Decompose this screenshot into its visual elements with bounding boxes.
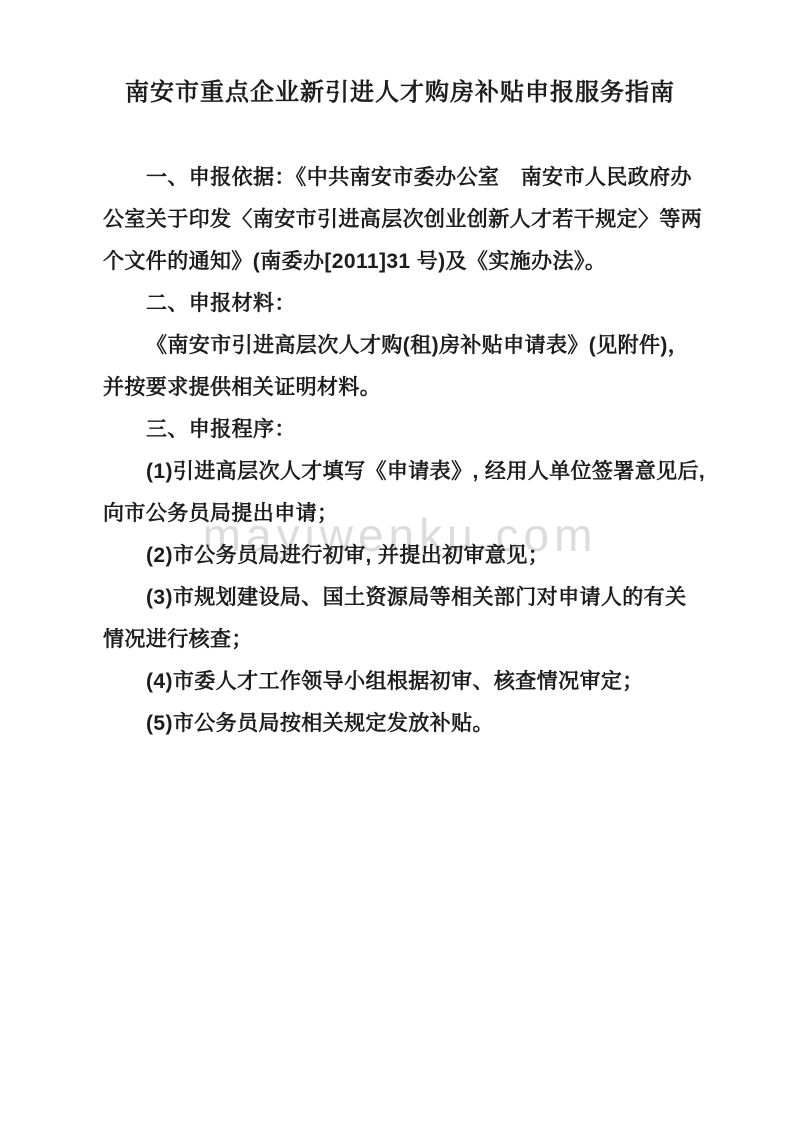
doc-line: 向市公务员局提出申请； — [103, 493, 703, 535]
doc-line: (4)市委人才工作领导小组根据初审、核查情况审定； — [103, 661, 703, 703]
doc-line: 情况进行核查； — [103, 619, 703, 661]
doc-line: 并按要求提供相关证明材料。 — [103, 367, 703, 409]
doc-line: 一、申报依据：《中共南安市委办公室 南安市人民政府办 — [103, 157, 703, 199]
doc-line: 公室关于印发〈南安市引进高层次创业创新人才若干规定〉等两 — [103, 199, 703, 241]
doc-line: (2)市公务员局进行初审, 并提出初审意见； — [103, 535, 703, 577]
document-title: 南安市重点企业新引进人才购房补贴申报服务指南 — [0, 72, 800, 107]
doc-line: 个文件的通知》(南委办[2011]31 号)及《实施办法》。 — [103, 241, 703, 283]
doc-line: (5)市公务员局按相关规定发放补贴。 — [103, 703, 703, 745]
doc-line: 《南安市引进高层次人才购(租)房补贴申请表》(见附件)， — [103, 325, 703, 367]
doc-line: 三、申报程序： — [103, 409, 703, 451]
document-body: 一、申报依据：《中共南安市委办公室 南安市人民政府办 公室关于印发〈南安市引进高… — [103, 157, 703, 745]
doc-line: (3)市规划建设局、国土资源局等相关部门对申请人的有关 — [103, 577, 703, 619]
doc-line: (1)引进高层次人才填写《申请表》, 经用人单位签署意见后, — [103, 451, 703, 493]
doc-line: 二、申报材料： — [103, 283, 703, 325]
document-page: mayiwenku.com 南安市重点企业新引进人才购房补贴申报服务指南 一、申… — [0, 0, 800, 1132]
